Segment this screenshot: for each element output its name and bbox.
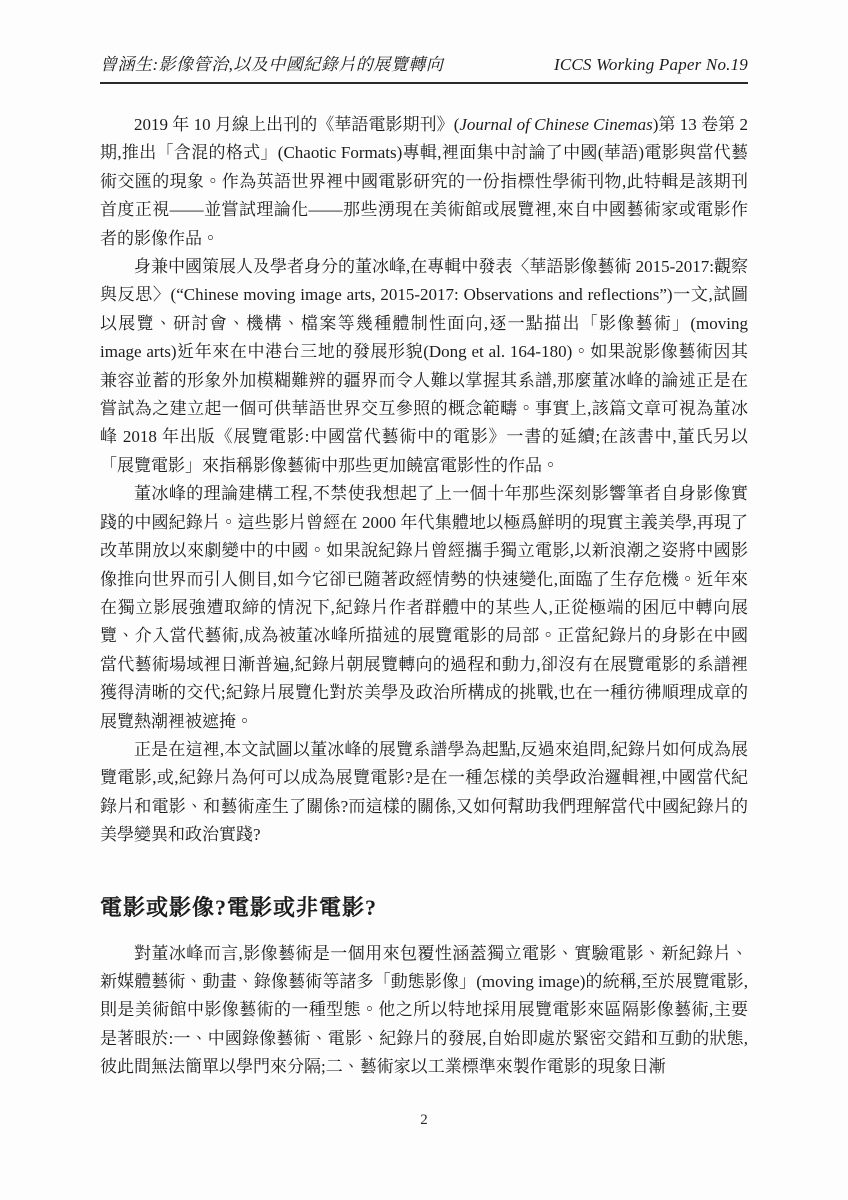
text-run: 身兼中國策展人及學者身分的董冰峰,在專輯中發表〈華語影像藝術 2015-2017… <box>100 257 748 475</box>
running-header-journal: ICCS Working Paper No.19 <box>554 55 748 75</box>
text-run: )第 13 卷第 2 期,推出「含混的格式」(Chaotic Formats)專… <box>100 115 748 248</box>
paragraph: 對董冰峰而言,影像藝術是一個用來包覆性涵蓋獨立電影、實驗電影、新紀錄片、新媒體藝… <box>100 940 748 1082</box>
section-heading: 電影或影像?電影或非電影? <box>100 893 748 923</box>
text-run: 對董冰峰而言,影像藝術是一個用來包覆性涵蓋獨立電影、實驗電影、新紀錄片、新媒體藝… <box>100 944 748 1077</box>
paragraph: 董冰峰的理論建構工程,不禁使我想起了上一個十年那些深刻影響筆者自身影像實踐的中國… <box>100 480 748 736</box>
text-run: 2019 年 10 月線上出刊的《華語電影期刊》( <box>134 115 459 134</box>
text-run: 董冰峰的理論建構工程,不禁使我想起了上一個十年那些深刻影響筆者自身影像實踐的中國… <box>100 484 748 730</box>
running-header: 曾涵生:影像管治,以及中國紀錄片的展覽轉向 ICCS Working Paper… <box>100 50 748 84</box>
paragraph: 身兼中國策展人及學者身分的董冰峰,在專輯中發表〈華語影像藝術 2015-2017… <box>100 253 748 480</box>
paragraph: 正是在這裡,本文試圖以董冰峰的展覽系譜學為起點,反過來追問,紀錄片如何成為展覽電… <box>100 736 748 850</box>
page-number: 2 <box>0 1112 848 1129</box>
section-paragraphs: 對董冰峰而言,影像藝術是一個用來包覆性涵蓋獨立電影、實驗電影、新紀錄片、新媒體藝… <box>100 940 748 1082</box>
running-header-title: 曾涵生:影像管治,以及中國紀錄片的展覽轉向 <box>100 50 443 75</box>
italic-text-run: Journal of Chinese Cinemas <box>459 115 652 134</box>
intro-paragraphs: 2019 年 10 月線上出刊的《華語電影期刊》(Journal of Chin… <box>100 111 748 850</box>
text-run: 正是在這裡,本文試圖以董冰峰的展覽系譜學為起點,反過來追問,紀錄片如何成為展覽電… <box>100 740 748 844</box>
paragraph: 2019 年 10 月線上出刊的《華語電影期刊》(Journal of Chin… <box>100 111 748 253</box>
document-page: 曾涵生:影像管治,以及中國紀錄片的展覽轉向 ICCS Working Paper… <box>0 0 848 1200</box>
text-column: 曾涵生:影像管治,以及中國紀錄片的展覽轉向 ICCS Working Paper… <box>100 50 748 1082</box>
